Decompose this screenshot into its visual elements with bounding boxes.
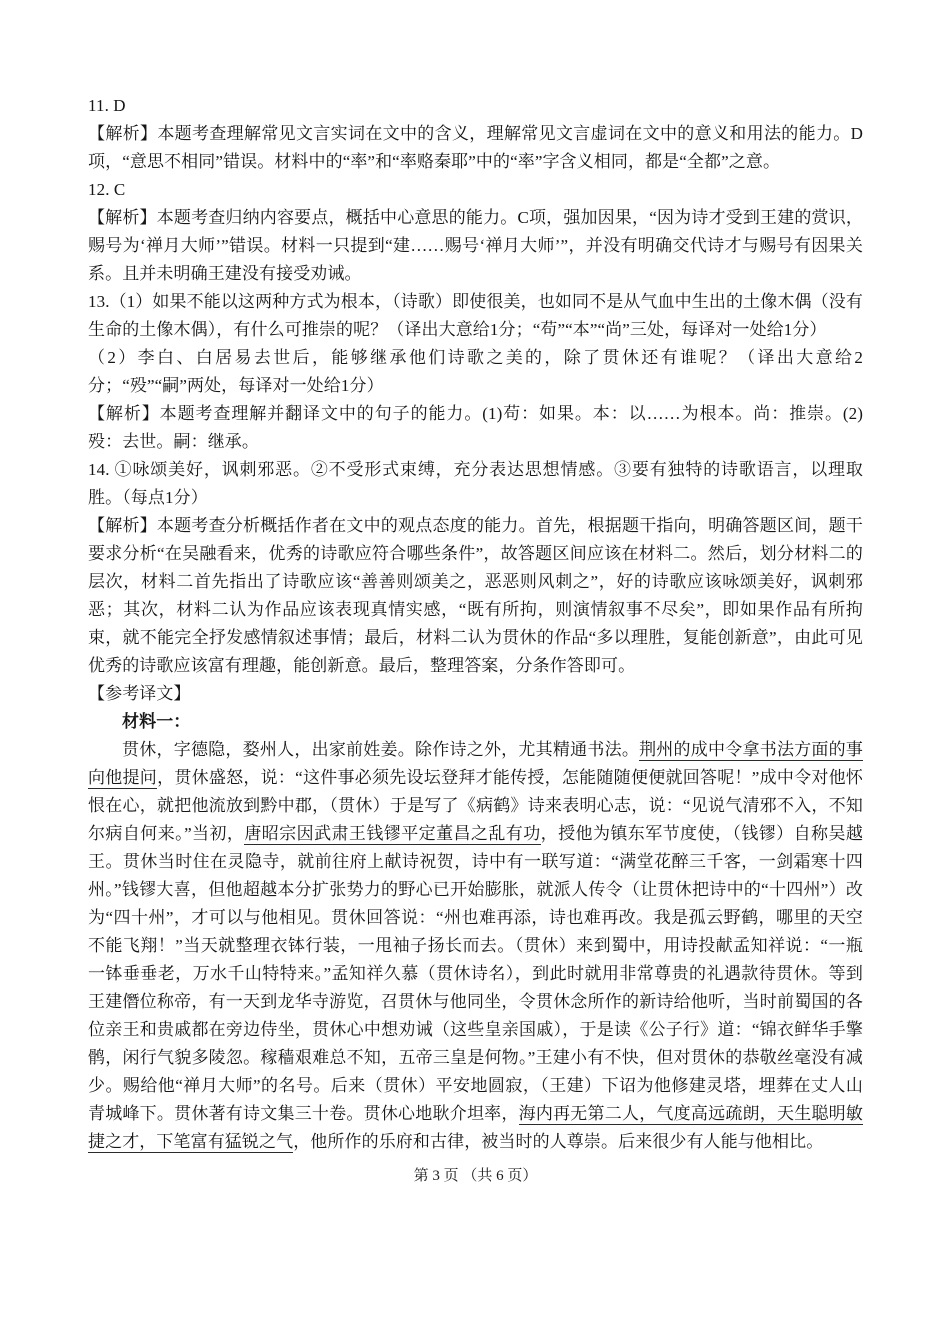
paragraph: 13.（1）如果不能以这两种方式为根本，（诗歌）即使很美，也如同不是从气血中生出… [88,288,863,344]
paragraph: 【解析】本题考查理解并翻译文中的句子的能力。(1)苟：如果。本：以……为根本。尚… [88,400,863,456]
text-segment: 11. D [88,96,126,115]
text-segment: 【解析】本题考查归纳内容要点，概括中心意思的能力。C项，强加因果，“因为诗才受到… [88,208,863,283]
paragraph: 【解析】本题考查归纳内容要点，概括中心意思的能力。C项，强加因果，“因为诗才受到… [88,204,863,288]
text-segment: 【解析】本题考查理解常见文言实词在文中的含义，理解常见文言虚词在文中的意义和用法… [88,124,863,171]
paragraph: 【解析】本题考查分析概括作者在文中的观点态度的能力。首先，根据题干指向，明确答题… [88,512,863,680]
text-segment: ，他所作的乐府和古律，被当时的人尊崇。后来很少有人能与他相比。 [293,1132,823,1151]
text-segment: ，授他为镇东军节度使，（钱镠）自称吴越王。贯休当时住在灵隐寺，就前往府上献诗祝贺… [88,824,863,1123]
paragraph: （2）李白、白居易去世后，能够继承他们诗歌之美的，除了贯休还有谁呢？（译出大意给… [88,344,863,400]
paragraph: 12. C [88,176,863,204]
paragraph: 【参考译文】 [88,680,863,708]
document-body: 11. D【解析】本题考查理解常见文言实词在文中的含义，理解常见文言虚词在文中的… [88,92,863,1156]
text-segment: （2）李白、白居易去世后，能够继承他们诗歌之美的，除了贯休还有谁呢？（译出大意给… [88,348,863,395]
text-segment: 材料一： [122,712,190,731]
text-segment: 12. C [88,180,125,199]
paragraph: 11. D [88,92,863,120]
text-segment: 13.（1）如果不能以这两种方式为根本，（诗歌）即使很美，也如同不是从气血中生出… [88,292,863,339]
text-segment: 【解析】本题考查理解并翻译文中的句子的能力。(1)苟：如果。本：以……为根本。尚… [88,404,863,451]
text-segment: 【参考译文】 [88,684,191,703]
paragraph: 贯休，字德隐，婺州人，出家前姓姜。除作诗之外，尤其精通书法。荆州的成中令拿书法方… [88,736,863,1156]
text-segment: 14. ①咏颂美好，讽刺邪恶。②不受形式束缚，充分表达思想情感。③要有独特的诗歌… [88,460,863,507]
underlined-text: 唐昭宗因武肃王钱镠平定董昌之乱有功 [244,824,540,845]
paragraph: 材料一： [88,708,863,736]
page-footer: 第 3 页 （共 6 页） [88,1165,863,1187]
paragraph: 14. ①咏颂美好，讽刺邪恶。②不受形式束缚，充分表达思想情感。③要有独特的诗歌… [88,456,863,512]
paragraph: 【解析】本题考查理解常见文言实词在文中的含义，理解常见文言虚词在文中的意义和用法… [88,120,863,176]
text-segment: 【解析】本题考查分析概括作者在文中的观点态度的能力。首先，根据题干指向，明确答题… [88,516,863,675]
document-page: 11. D【解析】本题考查理解常见文言实词在文中的含义，理解常见文言虚词在文中的… [0,0,950,1344]
text-segment: 贯休，字德隐，婺州人，出家前姓姜。除作诗之外，尤其精通书法。 [122,740,639,759]
